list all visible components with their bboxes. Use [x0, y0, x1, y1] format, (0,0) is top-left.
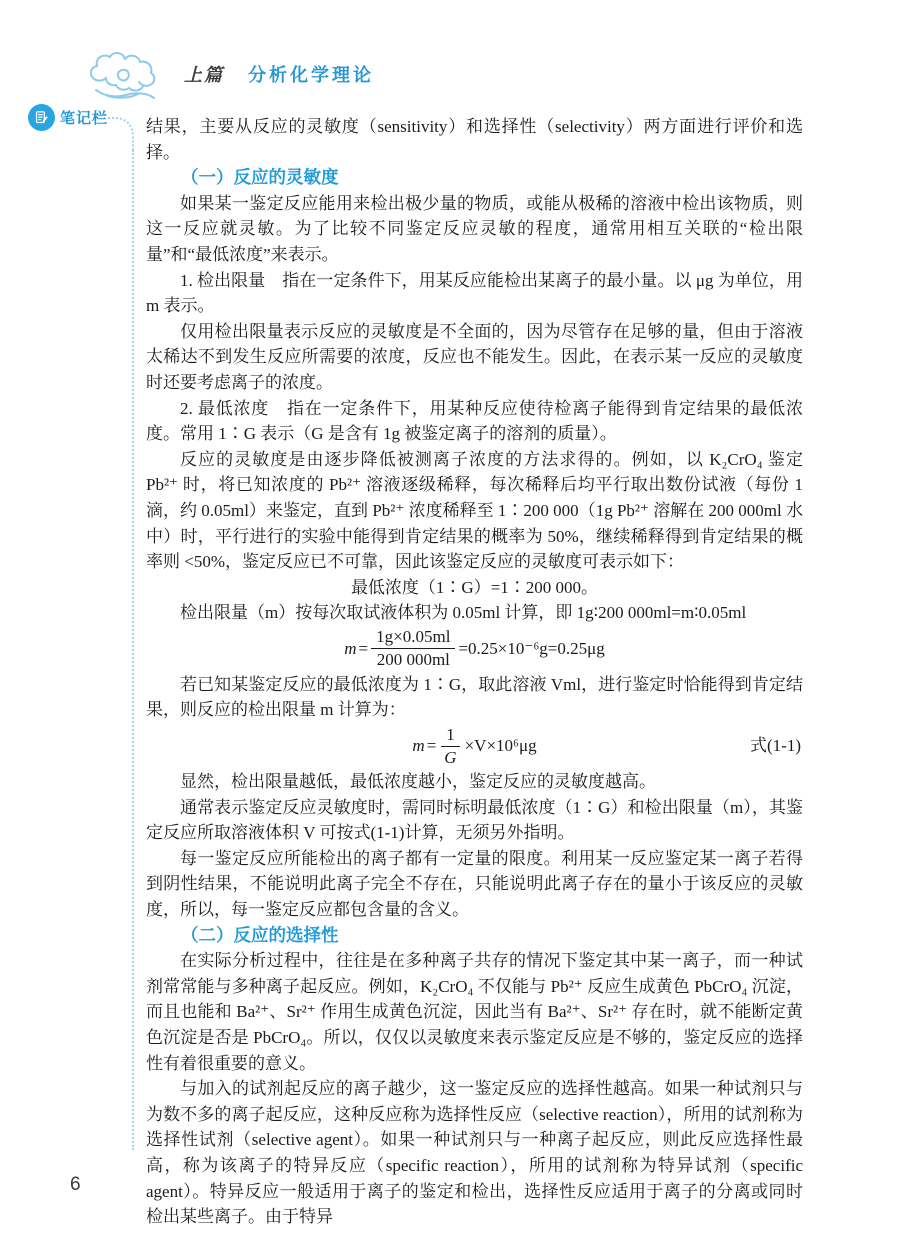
- page-header: 上篇 分析化学理论: [88, 44, 374, 104]
- body-paragraph: 在实际分析过程中，往往是在多种离子共存的情况下鉴定其中某一离子，而一种试剂常常能…: [146, 948, 803, 1076]
- formula: m=1G×V×10⁶μg式(1-1): [146, 724, 803, 768]
- formula: m=1g×0.05ml200 000ml=0.25×10⁻⁶g=0.25μg: [146, 627, 803, 671]
- body-paragraph: 通常表示鉴定反应灵敏度时，需同时标明最低浓度（1∶G）和检出限量（m），其鉴定反…: [146, 795, 803, 846]
- main-content: 结果，主要从反应的灵敏度（sensitivity）和选择性（selectivit…: [146, 114, 803, 1230]
- body-paragraph: 最低浓度（1∶G）=1∶200 000。: [146, 575, 803, 601]
- body-paragraph: 如果某一鉴定反应能用来检出极少量的物质，或能从极稀的溶液中检出该物质，则这一反应…: [146, 191, 803, 268]
- body-paragraph: 显然，检出限量越低，最低浓度越小，鉴定反应的灵敏度越高。: [146, 769, 803, 795]
- notes-column-label: 笔记栏: [28, 104, 108, 131]
- body-paragraph: 1. 检出限量 指在一定条件下，用某反应能检出某离子的最小量。以 μg 为单位，…: [146, 268, 803, 319]
- body-paragraph: 检出限量（m）按每次取试液体积为 0.05ml 计算，即 1g∶200 000m…: [146, 600, 803, 626]
- section-heading: （二）反应的选择性: [146, 923, 803, 949]
- section-heading: （一）反应的灵敏度: [146, 165, 803, 191]
- body-paragraph: 结果，主要从反应的灵敏度（sensitivity）和选择性（selectivit…: [146, 114, 803, 165]
- notes-divider-line: [132, 150, 134, 1150]
- body-paragraph: 每一鉴定反应所能检出的离子都有一定量的限度。利用某一反应鉴定某一离子若得到阴性结…: [146, 846, 803, 923]
- part-label: 上篇: [184, 61, 224, 87]
- textbook-page: 上篇 分析化学理论 笔记栏 结果，主要从反应的灵敏度（sensitivity）和…: [0, 0, 900, 1241]
- body-paragraph: 2. 最低浓度 指在一定条件下，用某种反应使待检离子能得到肯定结果的最低浓度。常…: [146, 396, 803, 447]
- notes-label-text: 笔记栏: [60, 107, 108, 128]
- part-title: 分析化学理论: [248, 61, 374, 87]
- cloud-logo-icon: [88, 46, 162, 102]
- body-paragraph: 仅用检出限量表示反应的灵敏度是不全面的，因为尽管存在足够的量，但由于溶液太稀达不…: [146, 319, 803, 396]
- notes-icon: [28, 104, 55, 131]
- equation-number: 式(1-1): [750, 733, 801, 759]
- body-paragraph: 反应的灵敏度是由逐步降低被测离子浓度的方法求得的。例如，以 K₂CrO₄ 鉴定 …: [146, 447, 803, 575]
- page-number: 6: [70, 1174, 81, 1196]
- notes-connector-line: [108, 117, 134, 151]
- body-paragraph: 与加入的试剂起反应的离子越少，这一鉴定反应的选择性越高。如果一种试剂只与为数不多…: [146, 1076, 803, 1230]
- body-paragraph: 若已知某鉴定反应的最低浓度为 1∶G，取此溶液 Vml，进行鉴定时恰能得到肯定结…: [146, 672, 803, 723]
- content-blocks: 结果，主要从反应的灵敏度（sensitivity）和选择性（selectivit…: [146, 114, 803, 1230]
